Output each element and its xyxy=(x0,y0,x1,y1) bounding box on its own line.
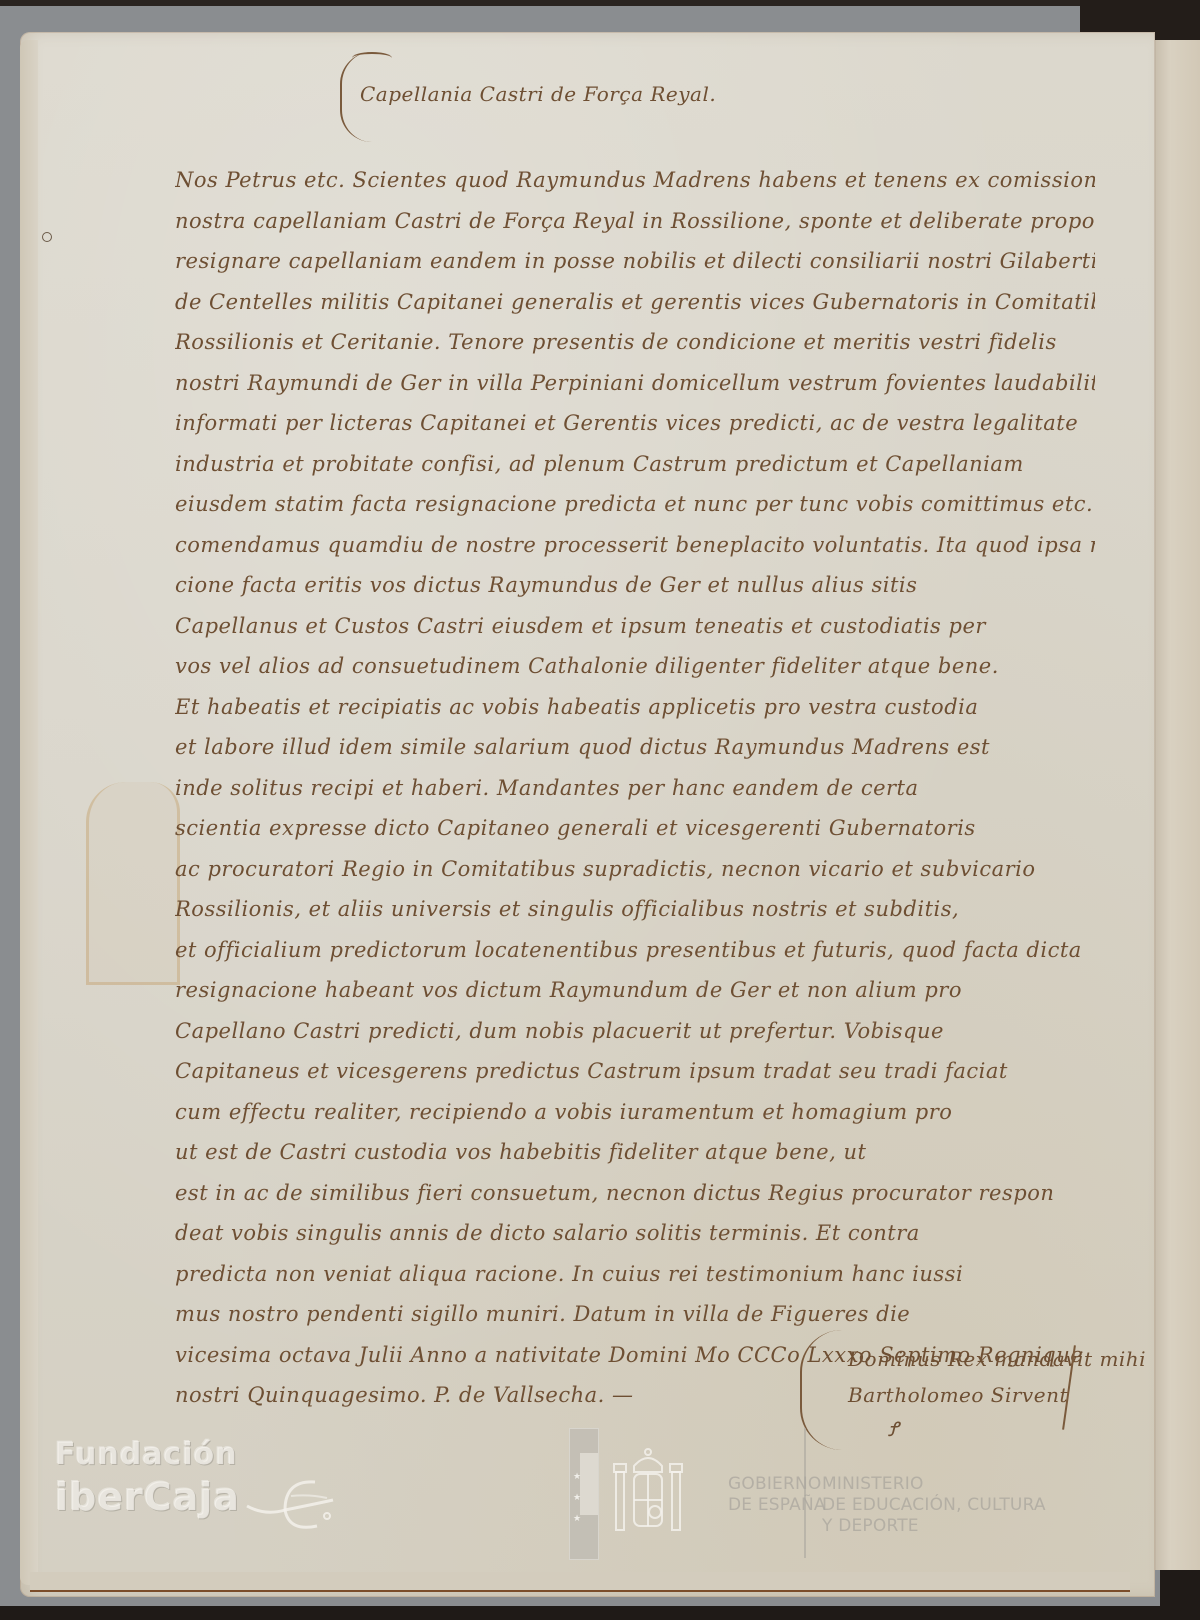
body-line: Rossilionis, et aliis universis et singu… xyxy=(175,889,1095,930)
body-line: Capellano Castri predicti, dum nobis pla… xyxy=(175,1011,1095,1052)
body-line: inde solitus recipi et haberi. Mandantes… xyxy=(175,768,1095,809)
spain-flag-watermark: ★ ★ ★ xyxy=(569,1428,599,1560)
body-line: predicta non veniat aliqua racione. In c… xyxy=(175,1254,1095,1295)
paper-left-edge xyxy=(20,40,38,1585)
heading-flourish xyxy=(352,52,392,64)
body-line: vos vel alios ad consuetudinem Cathaloni… xyxy=(175,646,1095,687)
star-icon: ★ xyxy=(573,1509,581,1530)
government-line2: DE ESPAÑA xyxy=(728,1495,826,1516)
body-line: eiusdem statim facta resignacione predic… xyxy=(175,484,1095,525)
body-line: et labore illud idem simile salarium quo… xyxy=(175,727,1095,768)
body-line: Nos Petrus etc. Scientes quod Raymundus … xyxy=(175,160,1095,201)
body-line: ut est de Castri custodia vos habebitis … xyxy=(175,1132,1095,1173)
body-line: nostra capellaniam Castri de Força Reyal… xyxy=(175,201,1095,242)
flag-inner-block xyxy=(580,1453,598,1515)
ministry-watermark: MINISTERIO DE EDUCACIÓN, CULTURA Y DEPOR… xyxy=(822,1474,1046,1537)
body-line: industria et probitate confisi, ad plenu… xyxy=(175,444,1095,485)
ibercaja-logo-icon xyxy=(245,1476,335,1536)
body-line: resignacione habeant vos dictum Raymundu… xyxy=(175,970,1095,1011)
water-stain xyxy=(86,782,180,985)
signature-line-2: Bartholomeo Sirvent xyxy=(848,1383,1068,1407)
government-line1: GOBIERNO xyxy=(728,1474,826,1495)
ibercaja-watermark-line2: iberCaja xyxy=(55,1478,240,1516)
ministry-line2: DE EDUCACIÓN, CULTURA xyxy=(822,1495,1046,1516)
document-heading: Capellania Castri de Força Reyal. xyxy=(360,82,716,106)
document-body: Nos Petrus etc. Scientes quod Raymundus … xyxy=(175,160,1095,1416)
body-line: est in ac de similibus fieri consuetum, … xyxy=(175,1173,1095,1214)
body-line: scientia expresse dicto Capitaneo genera… xyxy=(175,808,1095,849)
signature-line-1: Dominus Rex mandavit mihi xyxy=(848,1347,1146,1371)
body-line: resignare capellaniam eandem in posse no… xyxy=(175,241,1095,282)
body-line: comendamus quamdiu de nostre processerit… xyxy=(175,525,1095,566)
signature-bracket-stroke xyxy=(800,1330,842,1450)
government-watermark: GOBIERNO DE ESPAÑA xyxy=(728,1474,826,1516)
body-line: deat vobis singulis annis de dicto salar… xyxy=(175,1213,1095,1254)
paper-bottom-edge xyxy=(30,1572,1130,1592)
watermark-divider xyxy=(804,1428,806,1558)
ministry-line1: MINISTERIO xyxy=(822,1474,1046,1495)
body-line: ac procuratori Regio in Comitatibus supr… xyxy=(175,849,1095,890)
ibercaja-watermark-line1: Fundación xyxy=(55,1440,240,1470)
facing-page-edge xyxy=(1150,40,1200,1570)
body-line: cum effectu realiter, recipiendo a vobis… xyxy=(175,1092,1095,1133)
binding-hole xyxy=(42,232,52,242)
body-line: Rossilionis et Ceritanie. Tenore present… xyxy=(175,322,1095,363)
coat-of-arms-icon xyxy=(612,1444,684,1540)
notary-mark: Ꝭ xyxy=(888,1415,899,1442)
body-line: de Centelles militis Capitanei generalis… xyxy=(175,282,1095,323)
star-icon: ★ xyxy=(573,1488,581,1509)
star-icons: ★ ★ ★ xyxy=(573,1467,581,1530)
body-line: Et habeatis et recipiatis ac vobis habea… xyxy=(175,687,1095,728)
ministry-line3: Y DEPORTE xyxy=(822,1516,1046,1537)
ibercaja-watermark: Fundación iberCaja xyxy=(55,1440,240,1516)
signature-block: Dominus Rex mandavit mihi Bartholomeo Si… xyxy=(800,1325,1100,1455)
star-icon: ★ xyxy=(573,1467,581,1488)
body-line: nostri Raymundi de Ger in villa Perpinia… xyxy=(175,363,1095,404)
body-line: et officialium predictorum locatenentibu… xyxy=(175,930,1095,971)
body-line: Capitaneus et vicesgerens predictus Cast… xyxy=(175,1051,1095,1092)
body-line: cione facta eritis vos dictus Raymundus … xyxy=(175,565,1095,606)
body-line: informati per licteras Capitanei et Gere… xyxy=(175,403,1095,444)
body-line: Capellanus et Custos Castri eiusdem et i… xyxy=(175,606,1095,647)
